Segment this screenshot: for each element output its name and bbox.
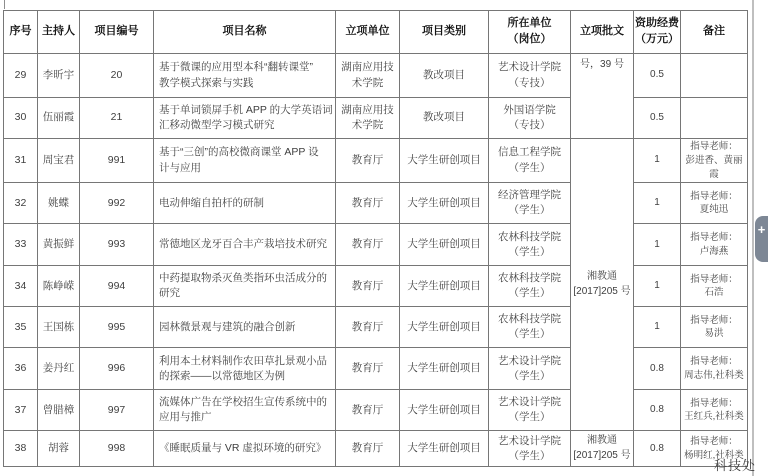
cell-category: 大学生研创项目 (400, 431, 489, 467)
table-row: 35 王国栋 995 园林微景观与建筑的融合创新 教育厅 大学生研创项目 农林科… (4, 307, 748, 348)
cell-unit: 农林科技学院 （学生） (489, 266, 571, 307)
cell-note: 指导老师： 王红兵,社科类 (681, 390, 748, 431)
cell-unit: 农林科技学院 （学生） (489, 224, 571, 266)
cell-approval: 湘教通 [2017]205 号 (571, 431, 634, 467)
cell-category: 大学生研创项目 (400, 348, 489, 390)
cell-unit: 农林科技学院 （学生） (489, 307, 571, 348)
cell-name: 电动伸缩自拍杆的研制 (154, 183, 336, 224)
cell-org: 教育厅 (336, 390, 400, 431)
cell-code: 991 (80, 139, 154, 183)
cell-name: 基于单词锁屏手机 APP 的大学英语词 汇移动微型学习模式研究 (154, 98, 336, 139)
cell-category: 大学生研创项目 (400, 307, 489, 348)
cell-org: 湖南应用技 术学院 (336, 98, 400, 139)
cell-fund: 1 (634, 307, 681, 348)
cell-note: 指导老师： 周志伟,社科类 (681, 348, 748, 390)
cell-category: 大学生研创项目 (400, 224, 489, 266)
cell-name: 利用本土材料制作农田草扎景观小品 的探索——以常德地区为例 (154, 348, 336, 390)
col-header-seq: 序号 (4, 11, 38, 54)
cell-note: 指导老师： 石浩 (681, 266, 748, 307)
plus-icon: + (758, 222, 766, 237)
table-row: 30 伍丽霞 21 基于单词锁屏手机 APP 的大学英语词 汇移动微型学习模式研… (4, 98, 748, 139)
cell-note: 指导老师： 彭进香、黄丽霞 (681, 139, 748, 183)
cell-host: 王国栋 (38, 307, 80, 348)
cell-org: 教育厅 (336, 224, 400, 266)
cell-name: 基于微课的应用型本科“翻转课堂” 教学模式探索与实践 (154, 54, 336, 98)
cell-fund: 0.8 (634, 431, 681, 467)
cell-category: 大学生研创项目 (400, 266, 489, 307)
cell-fund: 1 (634, 224, 681, 266)
cell-code: 20 (80, 54, 154, 98)
table-row: 37 曾腊樟 997 流媒体广告在学校招生宣传系统中的 应用与推广 教育厅 大学… (4, 390, 748, 431)
cell-unit: 经济管理学院 （学生） (489, 183, 571, 224)
cell-fund: 0.5 (634, 54, 681, 98)
col-header-fund: 资助经费 （万元） (634, 11, 681, 54)
cell-fund: 1 (634, 183, 681, 224)
cell-fund: 0.5 (634, 98, 681, 139)
cell-category: 教改项目 (400, 54, 489, 98)
cell-note: 指导老师： 卢海燕 (681, 224, 748, 266)
cell-host: 伍丽霞 (38, 98, 80, 139)
cell-host: 黄振鲜 (38, 224, 80, 266)
add-button[interactable]: + (755, 216, 768, 262)
cell-host: 胡蓉 (38, 431, 80, 467)
col-header-org: 立项单位 (336, 11, 400, 54)
cell-unit: 艺术设计学院 （专技） (489, 54, 571, 98)
cell-org: 教育厅 (336, 139, 400, 183)
cell-unit: 外国语学院 （专技） (489, 98, 571, 139)
cell-category: 大学生研创项目 (400, 139, 489, 183)
cell-name: 园林微景观与建筑的融合创新 (154, 307, 336, 348)
scrollbar-track-line (752, 0, 754, 476)
cell-org: 湖南应用技 术学院 (336, 54, 400, 98)
cell-seq: 38 (4, 431, 38, 467)
table-row: 34 陈峥嵘 994 中药提取物杀灭鱼类指环虫活成分的 研究 教育厅 大学生研创… (4, 266, 748, 307)
cell-unit: 艺术设计学院 （学生） (489, 348, 571, 390)
cell-name: 常德地区龙牙百合丰产栽培技术研究 (154, 224, 336, 266)
cell-name: 流媒体广告在学校招生宣传系统中的 应用与推广 (154, 390, 336, 431)
table-row: 32 姚蝶 992 电动伸缩自拍杆的研制 教育厅 大学生研创项目 经济管理学院 … (4, 183, 748, 224)
projects-table: 序号 主持人 项目编号 项目名称 立项单位 项目类别 所在单位 （岗位） 立项批… (3, 10, 748, 467)
cell-seq: 33 (4, 224, 38, 266)
cell-host: 周宝君 (38, 139, 80, 183)
cell-note (681, 98, 748, 139)
cell-category: 大学生研创项目 (400, 183, 489, 224)
department-watermark: 科技处 (714, 455, 756, 474)
cell-name: 《睡眠质量与 VR 虚拟环境的研究》 (154, 431, 336, 467)
cell-host: 陈峥嵘 (38, 266, 80, 307)
table-row: 33 黄振鲜 993 常德地区龙牙百合丰产栽培技术研究 教育厅 大学生研创项目 … (4, 224, 748, 266)
table-header-row: 序号 主持人 项目编号 项目名称 立项单位 项目类别 所在单位 （岗位） 立项批… (4, 11, 748, 54)
cell-seq: 32 (4, 183, 38, 224)
col-header-host: 主持人 (38, 11, 80, 54)
cell-code: 994 (80, 266, 154, 307)
cell-code: 21 (80, 98, 154, 139)
cell-name: 基于“三创”的高校微商课堂 APP 设 计与应用 (154, 139, 336, 183)
cell-approval-merged-29-30: 号，39 号 (571, 54, 634, 139)
cell-category: 教改项目 (400, 98, 489, 139)
cell-fund: 1 (634, 266, 681, 307)
table-row: 36 姜丹红 996 利用本土材料制作农田草扎景观小品 的探索——以常德地区为例… (4, 348, 748, 390)
cell-unit: 信息工程学院 （学生） (489, 139, 571, 183)
cell-code: 992 (80, 183, 154, 224)
cell-org: 教育厅 (336, 183, 400, 224)
cell-name: 中药提取物杀灭鱼类指环虫活成分的 研究 (154, 266, 336, 307)
cell-seq: 30 (4, 98, 38, 139)
cell-org: 教育厅 (336, 307, 400, 348)
col-header-name: 项目名称 (154, 11, 336, 54)
cell-code: 998 (80, 431, 154, 467)
cell-unit: 艺术设计学院 （学生） (489, 390, 571, 431)
table-row: 29 李昕宇 20 基于微课的应用型本科“翻转课堂” 教学模式探索与实践 湖南应… (4, 54, 748, 98)
cell-note (681, 54, 748, 98)
document-page: { "table": { "headers": [ "序号", "主持人", "… (0, 0, 768, 476)
cell-note: 指导老师： 易洪 (681, 307, 748, 348)
cell-approval-merged-31-37: 湘教通 [2017]205 号 (571, 139, 634, 431)
cell-host: 李昕宇 (38, 54, 80, 98)
cell-host: 姚蝶 (38, 183, 80, 224)
cell-host: 曾腊樟 (38, 390, 80, 431)
cell-org: 教育厅 (336, 431, 400, 467)
cell-org: 教育厅 (336, 266, 400, 307)
cell-fund: 0.8 (634, 348, 681, 390)
cell-seq: 35 (4, 307, 38, 348)
table-row: 38 胡蓉 998 《睡眠质量与 VR 虚拟环境的研究》 教育厅 大学生研创项目… (4, 431, 748, 467)
cell-code: 996 (80, 348, 154, 390)
cell-seq: 36 (4, 348, 38, 390)
col-header-code: 项目编号 (80, 11, 154, 54)
cell-code: 993 (80, 224, 154, 266)
cell-note: 指导老师： 夏纯迅 (681, 183, 748, 224)
cell-code: 997 (80, 390, 154, 431)
table-row: 31 周宝君 991 基于“三创”的高校微商课堂 APP 设 计与应用 教育厅 … (4, 139, 748, 183)
cell-org: 教育厅 (336, 348, 400, 390)
cell-code: 995 (80, 307, 154, 348)
cell-fund: 1 (634, 139, 681, 183)
col-header-approval: 立项批文 (571, 11, 634, 54)
col-header-unit: 所在单位 （岗位） (489, 11, 571, 54)
cell-host: 姜丹红 (38, 348, 80, 390)
previous-table-border-remnant (4, 0, 5, 9)
cell-seq: 29 (4, 54, 38, 98)
cell-category: 大学生研创项目 (400, 390, 489, 431)
col-header-note: 备注 (681, 11, 748, 54)
cell-seq: 37 (4, 390, 38, 431)
col-header-category: 项目类别 (400, 11, 489, 54)
cell-unit: 艺术设计学院 （学生） (489, 431, 571, 467)
cell-seq: 34 (4, 266, 38, 307)
cell-fund: 0.8 (634, 390, 681, 431)
cell-seq: 31 (4, 139, 38, 183)
